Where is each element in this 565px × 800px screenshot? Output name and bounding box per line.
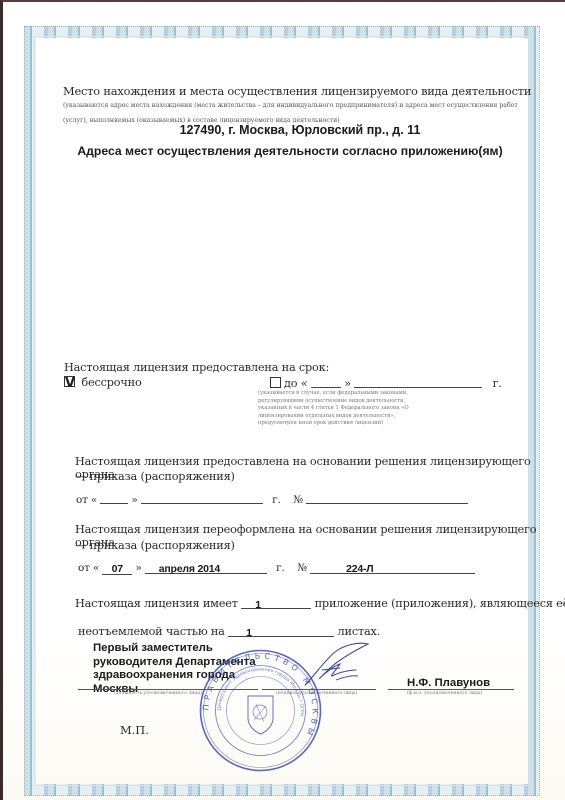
term-label: Настоящая лицензия предоставлена на срок… [64, 361, 329, 374]
grant-from-label: от « [76, 494, 97, 506]
indefinite-label: бессрочно [81, 376, 141, 389]
license-address: 127490, г. Москва, Юрловский пр., д. 11 [0, 123, 565, 137]
grant-quote-close: » [131, 494, 137, 506]
grant-year-label: г. [272, 494, 280, 506]
seal-label: М.П. [120, 723, 149, 737]
reissue-day: 07 [112, 563, 123, 575]
appendix-sheets-field[interactable]: 1 [228, 626, 334, 637]
appendix-line2: неотъемлемой частью на 1 листах. [78, 625, 380, 638]
grant-number-field[interactable] [306, 492, 468, 504]
reissue-number: 224-Л [346, 563, 373, 575]
until-month-year-field[interactable] [354, 376, 482, 388]
location-heading: Место нахождения и места осуществления л… [63, 84, 531, 98]
appendix-sheets: 1 [246, 627, 252, 639]
checkmark-icon: V [65, 379, 75, 389]
term-indefinite-option: V бессрочно [64, 376, 142, 389]
appendix-line1: Настоящая лицензия имеет 1 приложение (п… [75, 597, 565, 610]
term-note: (указывается в случае, если федеральными… [258, 390, 428, 428]
appendix-count-suffix: приложение (приложения), являющееся её [315, 597, 565, 610]
appendix-count-field[interactable]: 1 [241, 598, 311, 609]
address-appendix-note: Адреса мест осуществления деятельности с… [0, 144, 565, 158]
reissue-order-row: от « 07 » апреля 2014 г. № 224-Л [78, 562, 475, 575]
until-day-field[interactable] [311, 376, 341, 388]
term-until-option: до « » г. [270, 376, 502, 390]
name-line [388, 689, 514, 690]
reissue-day-field[interactable]: 07 [102, 563, 132, 575]
reissue-number-label: № [297, 562, 307, 574]
until-quote-close: » [344, 377, 351, 390]
until-checkbox[interactable] [270, 377, 281, 388]
signer-name: Н.Ф. Плавунов [407, 677, 490, 689]
appendix-sheets-suffix: листах. [338, 625, 381, 638]
reissue-month-year-field[interactable]: апреля 2014 [145, 563, 267, 574]
grant-text-line2: — приказа (распоряжения) [75, 470, 235, 483]
location-heading-note: (указываются адрес места нахождения (мес… [63, 102, 518, 124]
reissue-from-label: от « [78, 562, 99, 574]
reissue-month-year: апреля 2014 [159, 563, 220, 575]
appendix-count-prefix: Настоящая лицензия имеет [75, 597, 238, 610]
reissue-text-line2: — приказа (распоряжения) [75, 539, 235, 552]
until-year-suffix: г. [493, 377, 502, 390]
position-caption: (должность уполномоченного лица) [114, 691, 202, 696]
location-heading-block: Место нахождения и места осуществления л… [63, 85, 533, 127]
reissue-year-label: г. [276, 562, 284, 574]
grant-number-label: № [293, 494, 303, 506]
svg-text:Департамент здравоохранения го: Департамент здравоохранения города Москв… [216, 667, 304, 716]
reissue-number-field[interactable]: 224-Л [310, 563, 475, 574]
grant-month-year-field[interactable] [141, 492, 263, 504]
reissue-quote-close: » [135, 562, 141, 574]
until-prefix: до « [284, 377, 307, 390]
appendix-sheets-prefix: неотъемлемой частью на [78, 625, 225, 638]
grant-day-field[interactable] [100, 492, 128, 504]
grant-order-row: от « » г. № [76, 492, 468, 506]
official-stamp: ПРАВИТЕЛЬСТВО МОСКВЫ Департамент здравоо… [198, 648, 323, 773]
name-caption: (ф.и.о. уполномоченного лица) [407, 691, 482, 696]
indefinite-checkbox[interactable]: V [64, 376, 75, 387]
appendix-count: 1 [255, 599, 261, 611]
